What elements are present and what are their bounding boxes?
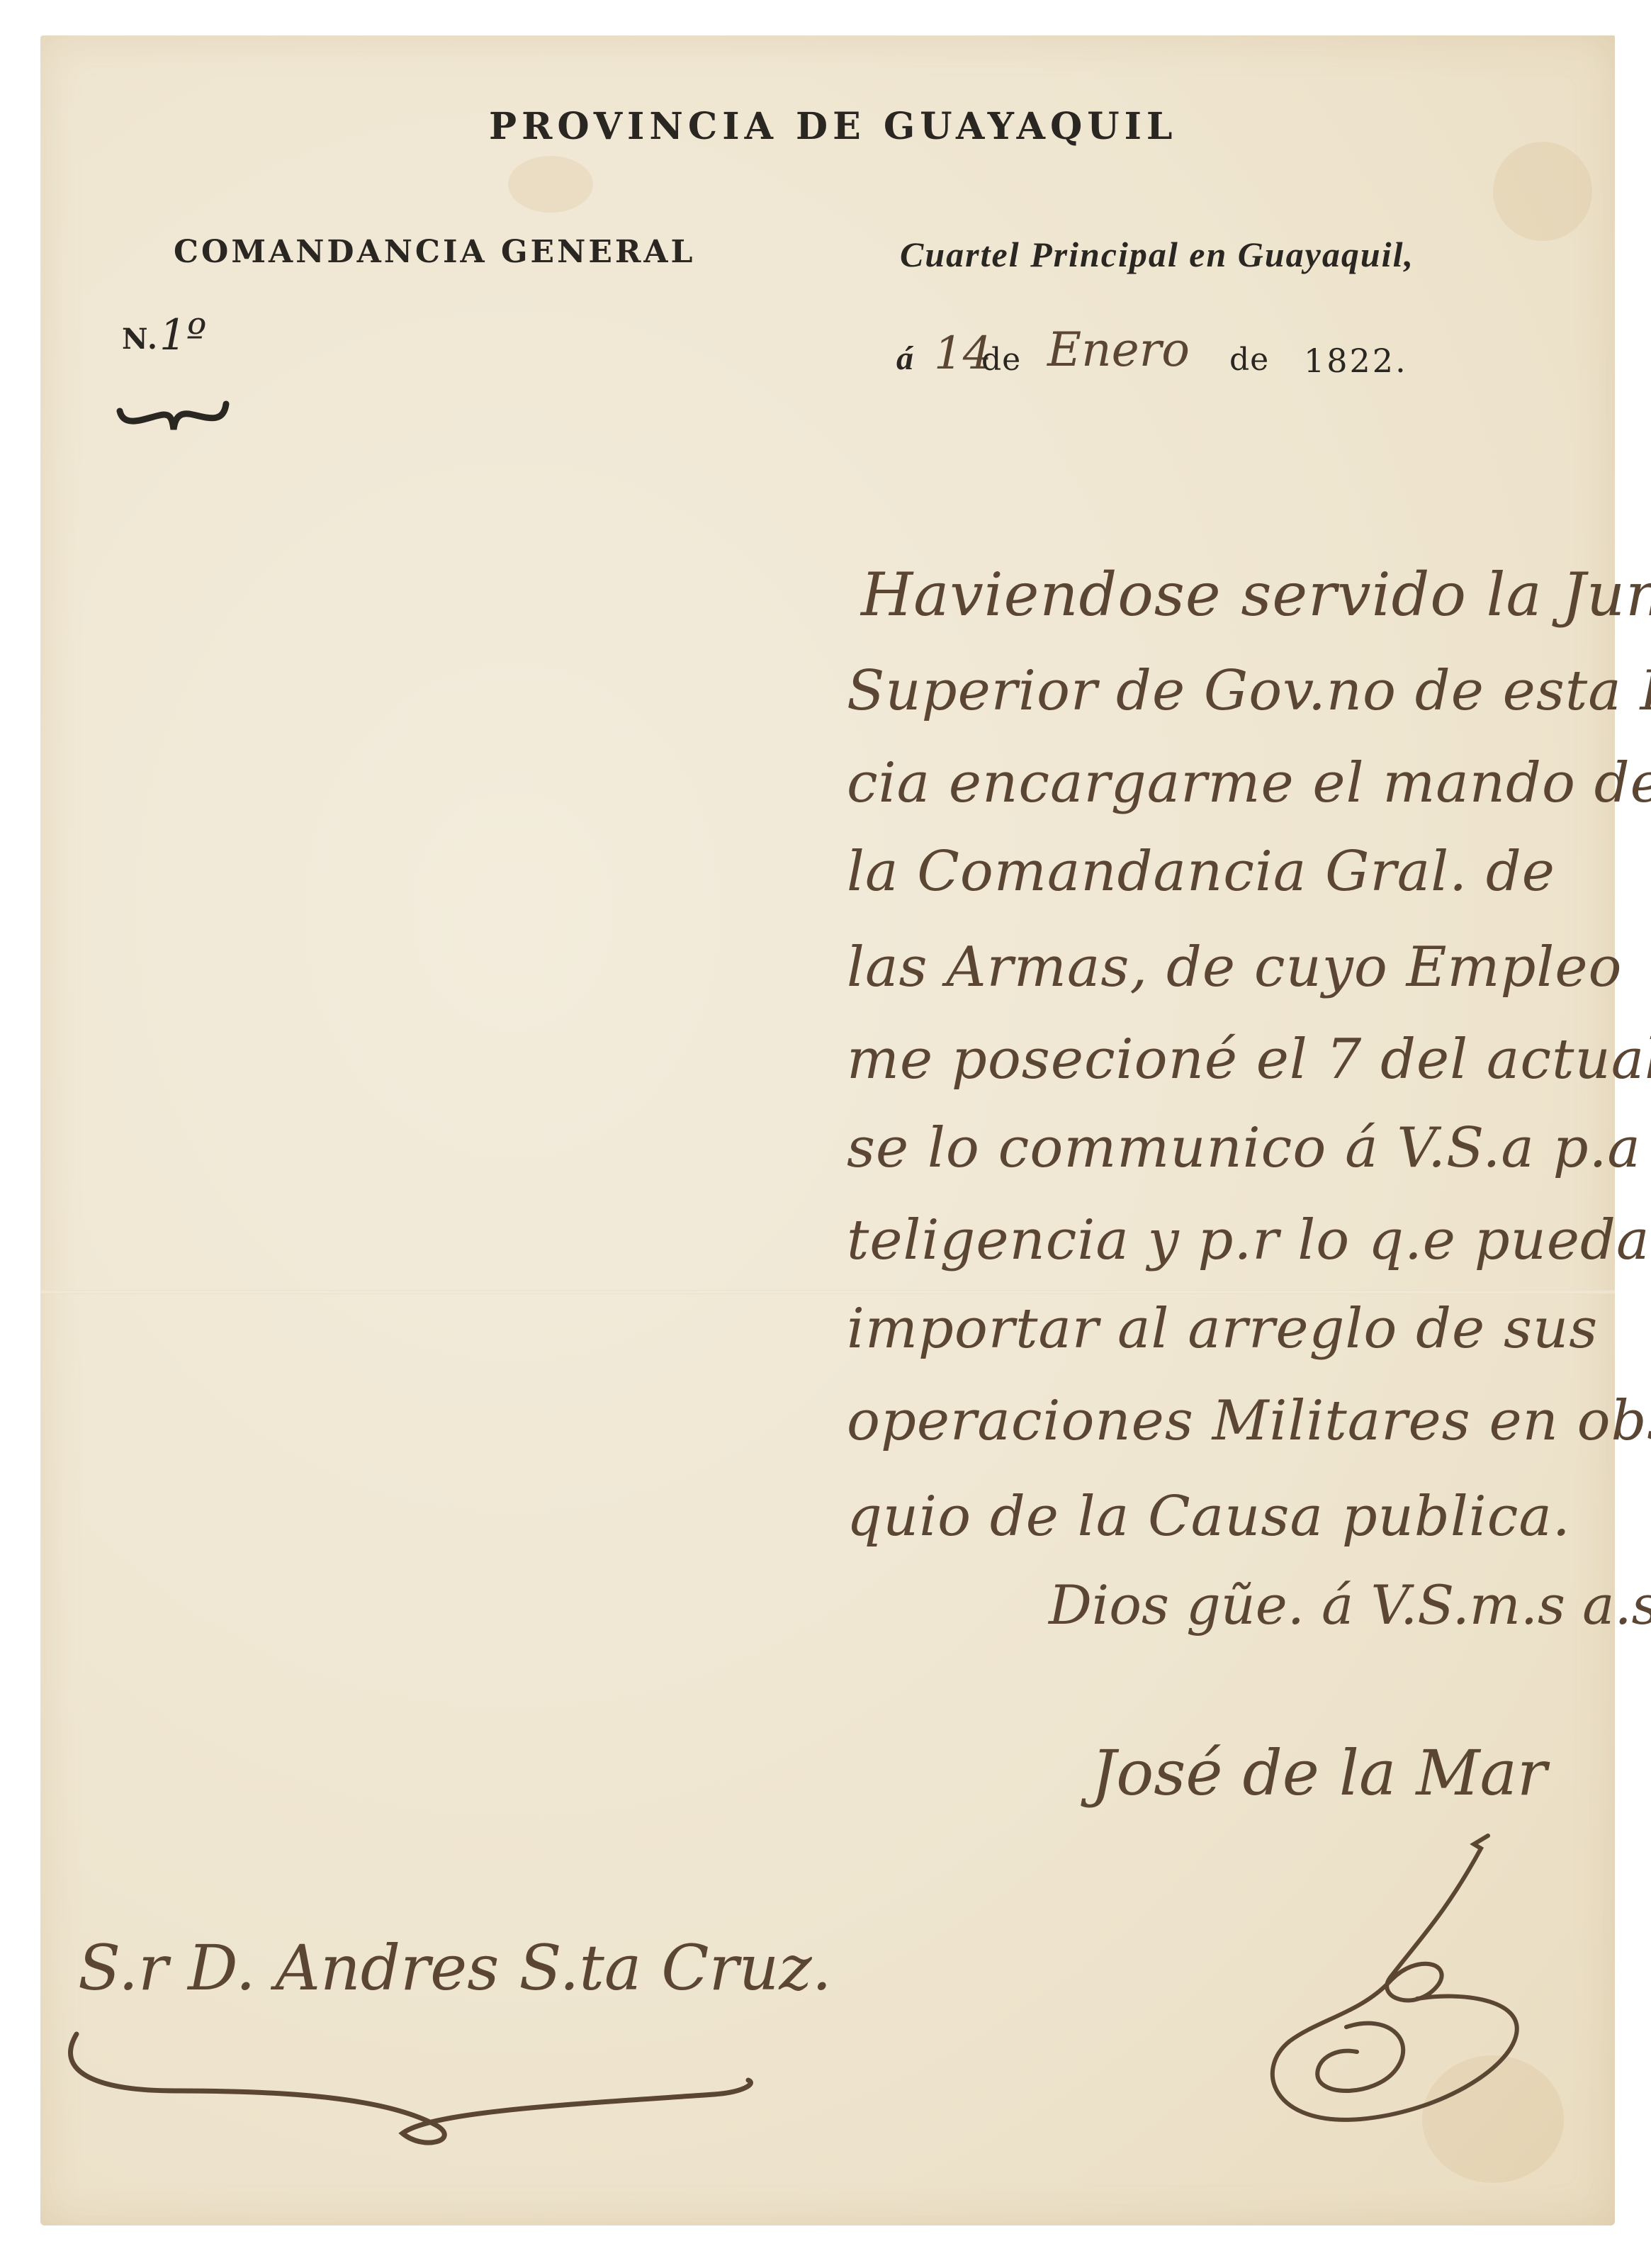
date-year: 1822. xyxy=(1304,342,1408,380)
paper-stain xyxy=(1493,142,1592,241)
addressee: S.r D. Andres S.ta Cruz. xyxy=(78,1931,832,2004)
date-prefix: á xyxy=(896,339,913,378)
signature-name: José de la Mar xyxy=(1091,1736,1547,1809)
paper-fold-line xyxy=(40,1290,1615,1294)
body-line: importar al arreglo de sus xyxy=(847,1297,1598,1361)
place-line: Cuartel Principal en Guayaquil, xyxy=(900,234,1414,275)
number-value: 1º xyxy=(159,310,206,360)
body-line: me posecioné el 7 del actual, xyxy=(847,1028,1651,1091)
body-line: teligencia y p.r lo q.e pueda xyxy=(847,1208,1650,1272)
body-line: se lo communico á V.S.a p.a su in- xyxy=(847,1116,1651,1180)
body-line: cia encargarme el mando de xyxy=(847,751,1651,815)
number-label: N. xyxy=(122,322,159,356)
closing-formula: Dios gũe. á V.S.m.s a.s xyxy=(1049,1573,1651,1637)
date-de-1: de xyxy=(981,342,1021,378)
body-line: Superior de Gov.no de esta Provin- xyxy=(847,659,1651,723)
body-line: Haviendose servido la Junta xyxy=(861,560,1651,629)
letterhead-office: COMANDANCIA GENERAL xyxy=(174,234,696,270)
brace-ornament-icon xyxy=(117,397,230,439)
date-de-2: de xyxy=(1229,342,1269,378)
body-line: operaciones Militares en obse- xyxy=(847,1389,1651,1453)
signature-rubric-icon xyxy=(1205,1829,1516,2126)
body-line: la Comandancia Gral. de xyxy=(847,840,1555,904)
date-month: Enero xyxy=(1047,322,1190,377)
addressee-flourish-icon xyxy=(62,2027,771,2140)
body-line: las Armas, de cuyo Empleo xyxy=(847,936,1623,999)
body-line: quio de la Causa publica. xyxy=(847,1485,1571,1549)
letterhead-province: PROVINCIA DE GUAYAQUIL xyxy=(489,105,1177,148)
paper-stain xyxy=(508,156,593,213)
